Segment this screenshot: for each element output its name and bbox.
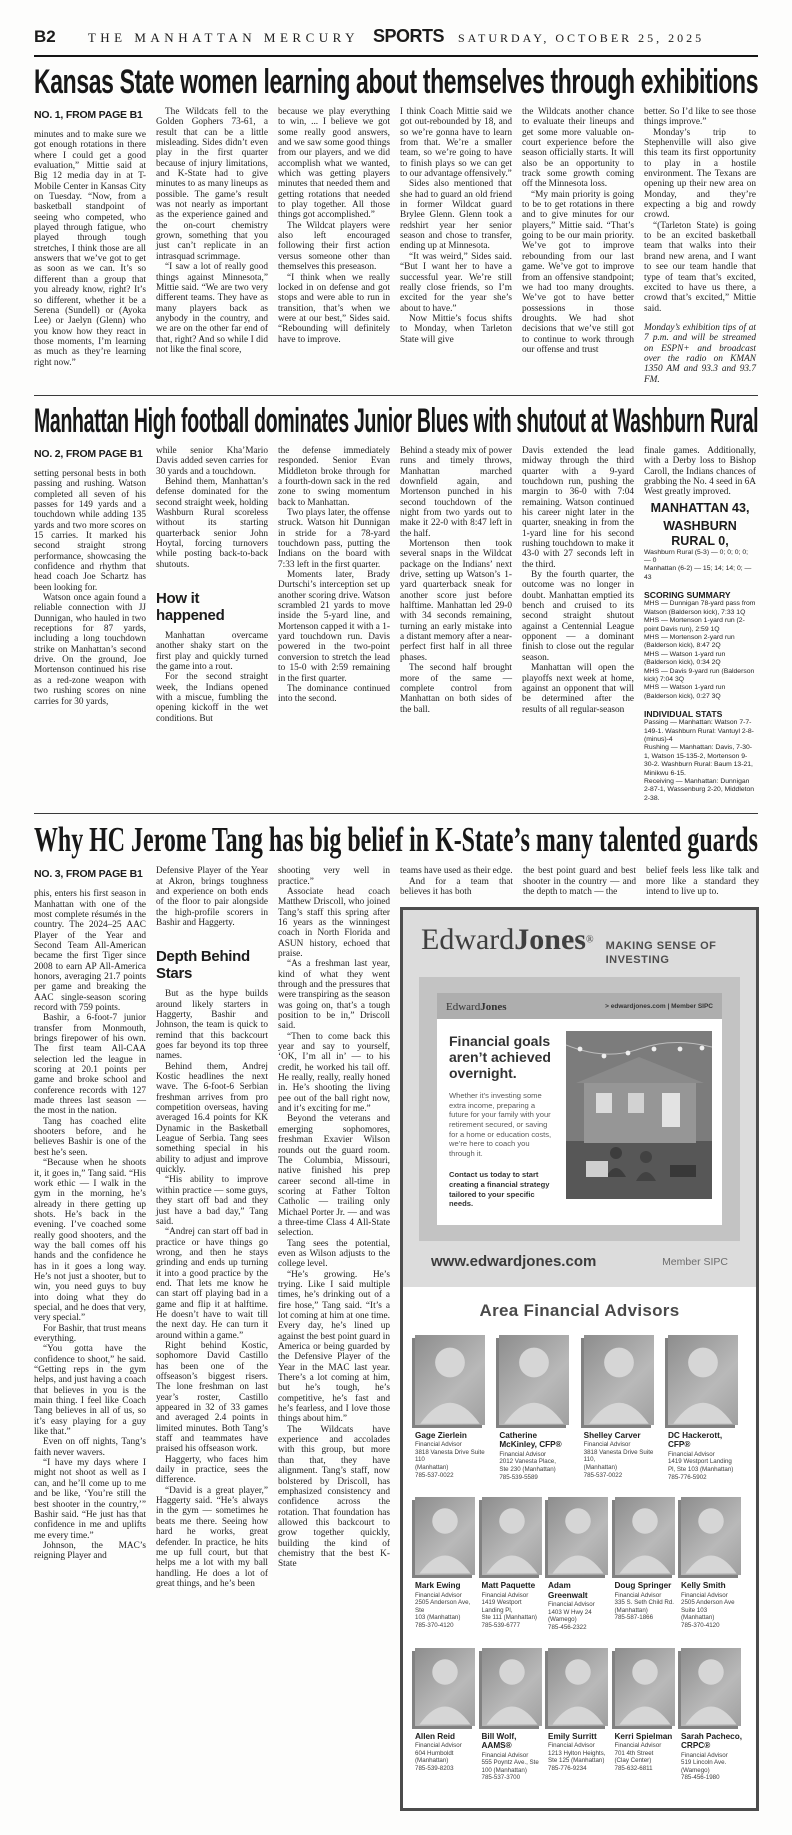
body-paragraph: the best point guard and best shooter in… — [523, 866, 636, 897]
advisor-photo — [415, 1335, 485, 1425]
advisor-card: Kelly SmithFinancial Advisor2505 Anderso… — [681, 1497, 744, 1631]
ad-card-header: EdwardJones > edwardjones.com | Member S… — [437, 993, 722, 1019]
advisor-address: 1403 W Hwy 24 (Wamego) — [548, 1609, 611, 1624]
article-1-column-2: The Wildcats fell to the Golden Gophers … — [156, 107, 268, 355]
advisor-phone: 785-776-5902 — [668, 1474, 744, 1482]
edward-jones-mini-logo: EdwardJones — [446, 997, 507, 1015]
ad-card-text: Financial goals aren’t achieved overnigh… — [449, 1031, 556, 1209]
advisor-address: 2012 Vanesta Place, Ste 230 (Manhattan) — [499, 1458, 575, 1473]
body-paragraph: Watson once again found a reliable conne… — [34, 593, 146, 707]
advisor-photo — [668, 1335, 738, 1425]
advisors-grid: Gage ZierleinFinancial Advisor3818 Vanes… — [413, 1335, 746, 1782]
body-paragraph: But as the hype builds around likely sta… — [156, 989, 268, 1061]
ad-website-band: www.edwardjones.com Member SIPC — [403, 1241, 756, 1287]
box-score-stat: MHS — Mortenson 1-yard run (2-point Davi… — [644, 617, 756, 634]
body-paragraph: belief feels less like talk and more lik… — [646, 866, 759, 897]
advisor-title: Financial Advisor — [548, 1742, 611, 1750]
ad-card: EdwardJones > edwardjones.com | Member S… — [437, 993, 722, 1225]
headline-row: Why HC Jerome Tang has big belief in K-S… — [34, 820, 758, 860]
advisor-title: Financial Advisor — [415, 1441, 491, 1449]
advisor-title: Financial Advisor — [499, 1451, 575, 1459]
body-paragraph: “As a freshman last year, kind of what t… — [278, 959, 390, 1031]
article-headline: Why HC Jerome Tang has big belief in K-S… — [34, 820, 758, 860]
body-paragraph: finale games. Additionally, with a Derby… — [644, 446, 756, 498]
advisor-name: DC Hackerott, CFP® — [668, 1431, 744, 1450]
advisor-photo — [615, 1648, 675, 1726]
body-paragraph: Johnson, the MAC’s reigning Player and — [34, 1541, 146, 1562]
advisor-address: 335 S. Seth Child Rd. (Manhattan) — [615, 1599, 678, 1614]
article-right-area: teams have used as their edge.And for a … — [400, 866, 759, 1811]
box-score-title: MANHATTAN 43, — [644, 501, 756, 516]
body-paragraph: Right behind Kostic, sophomore David Cas… — [156, 1341, 268, 1455]
body-paragraph: Davis extended the lead midway through t… — [522, 446, 634, 570]
advisor-row-3: Allen ReidFinancial Advisor604 Humboldt … — [413, 1648, 746, 1782]
newspaper-page: B2 THE MANHATTAN MERCURY SPORTS SATURDAY… — [0, 0, 792, 1835]
article-3-column-4: teams have used as their edge.And for a … — [400, 866, 513, 897]
ad-headline: Financial goals aren’t achieved overnigh… — [449, 1033, 556, 1081]
jump-kicker: NO. 1, FROM PAGE B1 — [34, 109, 146, 121]
sub-headline: How it happened — [156, 590, 268, 624]
advisor-name: Kelly Smith — [681, 1581, 744, 1591]
article-2-column-1: NO. 2, FROM PAGE B1setting personal best… — [34, 446, 146, 707]
advisor-card: Kerri SpielmanFinancial Advisor701 4th S… — [615, 1648, 678, 1782]
article-1-column-6: better. So I’d like to see those things … — [644, 107, 756, 385]
advisor-card: Sarah Pacheco, CRPC®Financial Advisor519… — [681, 1648, 744, 1782]
box-score-heading: SCORING SUMMARY — [644, 590, 756, 600]
advisor-title: Financial Advisor — [615, 1592, 678, 1600]
advisor-photo — [482, 1648, 542, 1726]
article-2-column-4: Behind a steady mix of power runs and ti… — [400, 446, 512, 715]
advisors-title: Area Financial Advisors — [413, 1301, 746, 1321]
body-paragraph: The Wildcats have experience and accolad… — [278, 1425, 390, 1570]
advisor-name: Kerri Spielman — [615, 1732, 678, 1742]
ad-member-sipc: Member SIPC — [662, 1255, 728, 1269]
advisor-photo — [681, 1648, 741, 1726]
box-score-stat: MHS — Watson 1-yard run (Balderson kick)… — [644, 651, 756, 668]
article-2-column-3: the defense immediately responded. Senio… — [278, 446, 390, 705]
article-1-column-5: the Wildcats another chance to evaluate … — [522, 107, 634, 355]
advisor-name: Gage Zierlein — [415, 1431, 491, 1441]
body-paragraph: The Wildcats fell to the Golden Gophers … — [156, 107, 268, 262]
box-score-stat: Passing — Manhattan: Watson 7-7-149-1. W… — [644, 719, 756, 744]
advisor-card: Mark EwingFinancial Advisor2505 Anderson… — [415, 1497, 478, 1631]
advisor-phone: 785-632-6811 — [615, 1765, 678, 1773]
article-1-column-3: because we play everything to win, ... I… — [278, 107, 390, 345]
body-paragraph: minutes and to make sure we got enough r… — [34, 130, 146, 368]
ad-website: www.edwardjones.com — [431, 1253, 596, 1271]
advisor-title: Financial Advisor — [681, 1752, 744, 1760]
box-score-line: Washburn Rural (5-3) — 0; 0; 0; 0; — 0 — [644, 549, 756, 566]
advisor-card: Shelley CarverFinancial Advisor3818 Vane… — [584, 1335, 660, 1481]
advisor-card: Catherine McKinley, CFP®Financial Adviso… — [499, 1335, 575, 1481]
advisor-card: Doug SpringerFinancial Advisor335 S. Set… — [615, 1497, 678, 1631]
edward-jones-logo: EdwardJones® — [421, 924, 594, 956]
advisor-photo — [415, 1497, 475, 1575]
box-score-stat: MHS — Dunnigan 78-yard pass from Watson … — [644, 600, 756, 617]
advisor-name: Emily Surritt — [548, 1732, 611, 1742]
body-paragraph: better. So I’d like to see those things … — [644, 107, 756, 128]
body-paragraph: “I saw a lot of really good things again… — [156, 262, 268, 355]
ad-logo-row: EdwardJones® MAKING SENSE OF INVESTING — [403, 910, 756, 977]
advisor-address: 701 4th Street (Clay Center) — [615, 1750, 678, 1765]
body-paragraph: “I think when we really locked in on def… — [278, 273, 390, 345]
body-paragraph: Monday’s trip to Stephenville will also … — [644, 128, 756, 221]
box-score-stat: MHS — Davis 9-yard run (Balderson kick) … — [644, 668, 756, 685]
advisor-name: Mark Ewing — [415, 1581, 478, 1591]
page-number: B2 — [34, 27, 56, 47]
body-paragraph: Now Mittie’s focus shifts to Monday, whe… — [400, 314, 512, 345]
advisor-card: Gage ZierleinFinancial Advisor3818 Vanes… — [415, 1335, 491, 1481]
body-paragraph: Manhattan overcame another shaky start o… — [156, 631, 268, 672]
advisor-name: Sarah Pacheco, CRPC® — [681, 1732, 744, 1751]
advisor-card: Adam GreenwaltFinancial Advisor1403 W Hw… — [548, 1497, 611, 1631]
advisor-address: 3818 Vanesta Drive Suite 110 (Manhattan) — [415, 1449, 491, 1472]
advisor-photo — [615, 1497, 675, 1575]
advisor-name: Allen Reid — [415, 1732, 478, 1742]
advisor-title: Financial Advisor — [415, 1742, 478, 1750]
body-paragraph: Mortenson then took several snaps in the… — [400, 539, 512, 663]
box-score-stat: MHS — Watson 1-yard run (Balderson kick)… — [644, 684, 756, 701]
advisor-phone: 785-537-0022 — [584, 1472, 660, 1480]
article-1-column-1: NO. 1, FROM PAGE B1minutes and to make s… — [34, 107, 146, 368]
advisor-phone: 785-539-5589 — [499, 1474, 575, 1482]
body-paragraph: while senior Kha’Mario Davis added seven… — [156, 446, 268, 477]
advisor-card: DC Hackerott, CFP®Financial Advisor1419 … — [668, 1335, 744, 1481]
headline-row: Kansas State women learning about themse… — [34, 63, 758, 101]
body-paragraph: the defense immediately responded. Senio… — [278, 446, 390, 508]
body-paragraph: The Wildcat players were also left encou… — [278, 221, 390, 273]
advisor-photo — [499, 1335, 569, 1425]
advisor-card: Allen ReidFinancial Advisor604 Humboldt … — [415, 1648, 478, 1782]
body-paragraph: For the second straight week, the Indian… — [156, 672, 268, 724]
body-paragraph: Sides also mentioned that she had to gua… — [400, 179, 512, 251]
advisor-phone: 785-776-9234 — [548, 1765, 611, 1773]
article-2-column-2: while senior Kha’Mario Davis added seven… — [156, 446, 268, 724]
headline-row: Manhattan High football dominates Junior… — [34, 402, 758, 440]
advisor-address: 1213 Hylton Heights, Ste 125 (Manhattan) — [548, 1750, 611, 1765]
advisor-title: Financial Advisor — [415, 1592, 478, 1600]
article-divider — [34, 395, 758, 396]
advisors-section: Area Financial Advisors Gage ZierleinFin… — [403, 1287, 756, 1808]
body-paragraph: The dominance continued into the second. — [278, 684, 390, 705]
body-paragraph: “You gotta have the confidence to shoot,… — [34, 1344, 146, 1437]
masthead: THE MANHATTAN MERCURY — [88, 30, 359, 45]
box-score-stat: Rushing — Manhattan: Davis, 7-30-1, Wats… — [644, 744, 756, 778]
advisor-phone: 785-537-0022 — [415, 1472, 491, 1480]
advisor-title: Financial Advisor — [584, 1441, 660, 1449]
article-divider — [34, 813, 758, 814]
article-headline: Kansas State women learning about themse… — [34, 63, 758, 101]
advisor-title: Financial Advisor — [482, 1592, 545, 1600]
advisor-photo — [548, 1648, 608, 1726]
advisor-name: Bill Wolf, AAMS® — [482, 1732, 545, 1751]
box-score-title: WASHBURN RURAL 0, — [644, 519, 756, 549]
body-paragraph: Associate head coach Matthew Driscoll, w… — [278, 887, 390, 959]
body-paragraph: “I have my days where I might not shoot … — [34, 1458, 146, 1541]
box-score-stat: MHS — Mortenson 2-yard run (Balderson ki… — [644, 634, 756, 651]
body-paragraph: Two plays later, the offense struck. Wat… — [278, 508, 390, 570]
sub-headline: Depth Behind Stars — [156, 948, 268, 982]
body-paragraph: “Then to come back this year and say to … — [278, 1032, 390, 1115]
body-paragraph: Tang has coached elite shooters before, … — [34, 1117, 146, 1158]
body-paragraph: “His ability to improve within practice … — [156, 1175, 268, 1227]
body-paragraph: “It was weird,” Sides said. “But I want … — [400, 252, 512, 314]
article-3-column-6: belief feels less like talk and more lik… — [646, 866, 759, 897]
body-paragraph: Haggerty, who faces him daily in practic… — [156, 1455, 268, 1486]
body-paragraph: setting personal bests in both passing a… — [34, 469, 146, 593]
advisor-address: 604 Humboldt (Manhattan) — [415, 1750, 478, 1765]
body-paragraph: “My main priority is going to be to get … — [522, 190, 634, 356]
article-3-column-5: the best point guard and best shooter in… — [523, 866, 636, 897]
body-paragraph: Defensive Player of the Year at Akron, b… — [156, 866, 268, 928]
body-paragraph: I think Coach Mittie said we got out-reb… — [400, 107, 512, 179]
article-3-column-3: shooting very well in practice.”Associat… — [278, 866, 390, 1569]
article-2-column-5: Davis extended the lead midway through t… — [522, 446, 634, 715]
jump-kicker: NO. 2, FROM PAGE B1 — [34, 448, 146, 460]
advisor-phone: 785-456-1980 — [681, 1774, 744, 1782]
advisor-title: Financial Advisor — [615, 1742, 678, 1750]
advisor-photo — [548, 1497, 608, 1575]
article-3-column-2: Defensive Player of the Year at Akron, b… — [156, 866, 268, 1589]
advisor-address: 555 Poyntz Ave., Ste 100 (Manhattan) — [482, 1759, 545, 1774]
ad-panel: EdwardJones > edwardjones.com | Member S… — [419, 977, 740, 1241]
advisor-address: 2505 Anderson Ave, Ste 103 (Manhattan) — [415, 1599, 478, 1622]
body-paragraph: For Bashir, that trust means everything. — [34, 1324, 146, 1345]
advisor-name: Shelley Carver — [584, 1431, 660, 1441]
ad-tagline: MAKING SENSE OF INVESTING — [606, 939, 738, 967]
advisor-card: Emily SurrittFinancial Advisor1213 Hylto… — [548, 1648, 611, 1782]
article-tang-guards: Why HC Jerome Tang has big belief in K-S… — [34, 820, 758, 1811]
body-paragraph: teams have used as their edge. — [400, 866, 513, 876]
ad-photo — [566, 1031, 712, 1199]
advisor-card: Matt PaquetteFinancial Advisor1419 Westp… — [482, 1497, 545, 1631]
advisor-phone: 785-587-1866 — [615, 1614, 678, 1622]
section-label: SPORTS — [373, 26, 444, 46]
ad-body-copy: Whether it’s investing some extra income… — [449, 1091, 556, 1158]
advisor-card: Bill Wolf, AAMS®Financial Advisor555 Poy… — [482, 1648, 545, 1782]
page-header: B2 THE MANHATTAN MERCURY SPORTS SATURDAY… — [34, 26, 758, 57]
advisor-name: Doug Springer — [615, 1581, 678, 1591]
body-paragraph: the Wildcats another chance to evaluate … — [522, 107, 634, 190]
body-paragraph: Behind them, Andrej Kostic headlines the… — [156, 1062, 268, 1176]
advisor-photo — [681, 1497, 741, 1575]
body-paragraph: Behind them, Manhattan’s defense dominat… — [156, 477, 268, 570]
advisor-photo — [584, 1335, 654, 1425]
advisor-row-2: Mark EwingFinancial Advisor2505 Anderson… — [413, 1497, 746, 1631]
body-paragraph: “(Tarleton State) is going to be an exci… — [644, 221, 756, 314]
body-paragraph: Moments later, Brady Durtschi’s intercep… — [278, 570, 390, 684]
article-top-columns: teams have used as their edge.And for a … — [400, 866, 759, 897]
article-1-column-4: I think Coach Mittie said we got out-reb… — [400, 107, 512, 345]
advisor-name: Matt Paquette — [482, 1581, 545, 1591]
body-paragraph: The second half brought more of the same… — [400, 663, 512, 715]
edward-jones-ad: EdwardJones® MAKING SENSE OF INVESTING E… — [400, 907, 759, 1811]
advisor-phone: 785-539-8203 — [415, 1765, 478, 1773]
advisor-name: Catherine McKinley, CFP® — [499, 1431, 575, 1450]
body-paragraph: By the fourth quarter, the outcome was n… — [522, 570, 634, 663]
body-paragraph: Behind a steady mix of power runs and ti… — [400, 446, 512, 539]
body-paragraph: “David is a great player,” Haggerty said… — [156, 1486, 268, 1589]
advisor-title: Financial Advisor — [548, 1601, 611, 1609]
editors-note: Monday’s exhibition tips of at 7 p.m. an… — [644, 323, 756, 385]
article-3-column-1: NO. 3, FROM PAGE B1phis, enters his firs… — [34, 866, 146, 1561]
body-paragraph: because we play everything to win, ... I… — [278, 107, 390, 221]
article-headline: Manhattan High football dominates Junior… — [34, 402, 758, 440]
advisor-address: 3818 Vanesta Drive Suite 110, (Manhattan… — [584, 1449, 660, 1472]
body-paragraph: phis, enters his first season in Manhatt… — [34, 889, 146, 1013]
body-paragraph: “Because when he shoots it, it goes in,”… — [34, 1158, 146, 1324]
box-score-line: Manhattan (6-2) — 15; 14; 14; 0; — 43 — [644, 565, 756, 582]
article-2-column-6: finale games. Additionally, with a Derby… — [644, 446, 756, 803]
body-paragraph: And for a team that believes it has both — [400, 877, 513, 898]
article-mhs-football: Manhattan High football dominates Junior… — [34, 402, 758, 803]
advisor-title: Financial Advisor — [482, 1752, 545, 1760]
advisor-phone: 785-537-3700 — [482, 1774, 545, 1782]
article-body: NO. 1, FROM PAGE B1minutes and to make s… — [34, 107, 758, 385]
body-paragraph: “He’s growing. He’s trying. Like I said … — [278, 1270, 390, 1425]
issue-date: SATURDAY, OCTOBER 25, 2025 — [458, 31, 704, 45]
body-paragraph: “Andrej can start off bad in practice or… — [156, 1227, 268, 1341]
advisor-phone: 785-370-4120 — [415, 1622, 478, 1630]
advisor-photo — [415, 1648, 475, 1726]
article-kstate-women: Kansas State women learning about themse… — [34, 63, 758, 385]
advisor-phone: 785-370-4120 — [681, 1622, 744, 1630]
advisor-phone: 785-539-6777 — [482, 1622, 545, 1630]
advisor-row-1: Gage ZierleinFinancial Advisor3818 Vanes… — [413, 1335, 746, 1481]
ad-card-body: Financial goals aren’t achieved overnigh… — [437, 1019, 722, 1225]
advisor-address: 519 Lincoln Ave. (Wamego) — [681, 1759, 744, 1774]
advisor-address: 1419 Westport Landing Pl, Ste 103 (Manha… — [668, 1458, 744, 1473]
advisor-title: Financial Advisor — [668, 1451, 744, 1459]
jump-kicker: NO. 3, FROM PAGE B1 — [34, 868, 146, 880]
body-paragraph: Bashir, a 6-foot-7 junior transfer from … — [34, 1013, 146, 1116]
box-score-stat: Receiving — Manhattan: Dunnigan 2-87-1, … — [644, 778, 756, 803]
box-score-heading: INDIVIDUAL STATS — [644, 709, 756, 719]
advisor-title: Financial Advisor — [681, 1592, 744, 1600]
ad-card-link: > edwardjones.com | Member SIPC — [605, 1002, 713, 1011]
article-left-columns: NO. 3, FROM PAGE B1phis, enters his firs… — [34, 866, 390, 1589]
article-body: NO. 2, FROM PAGE B1setting personal best… — [34, 446, 758, 803]
ad-cta: Contact us today to start creating a fin… — [449, 1170, 556, 1208]
advisor-name: Adam Greenwalt — [548, 1581, 611, 1600]
advisor-phone: 785-456-2322 — [548, 1624, 611, 1632]
body-paragraph: Manhattan will open the playoffs next we… — [522, 663, 634, 715]
body-paragraph: Even on off nights, Tang’s faith never w… — [34, 1437, 146, 1458]
body-paragraph: shooting very well in practice.” — [278, 866, 390, 887]
advisor-address: 2505 Anderson Ave Suite 103 (Manhattan) — [681, 1599, 744, 1622]
article-body: NO. 3, FROM PAGE B1phis, enters his firs… — [34, 866, 758, 1811]
advisor-photo — [482, 1497, 542, 1575]
advisor-address: 1419 Westport Landing Pl, Ste 111 (Manha… — [482, 1599, 545, 1622]
body-paragraph: Tang sees the potential, even as Wilson … — [278, 1239, 390, 1270]
body-paragraph: Beyond the veterans and emerging sophomo… — [278, 1114, 390, 1238]
